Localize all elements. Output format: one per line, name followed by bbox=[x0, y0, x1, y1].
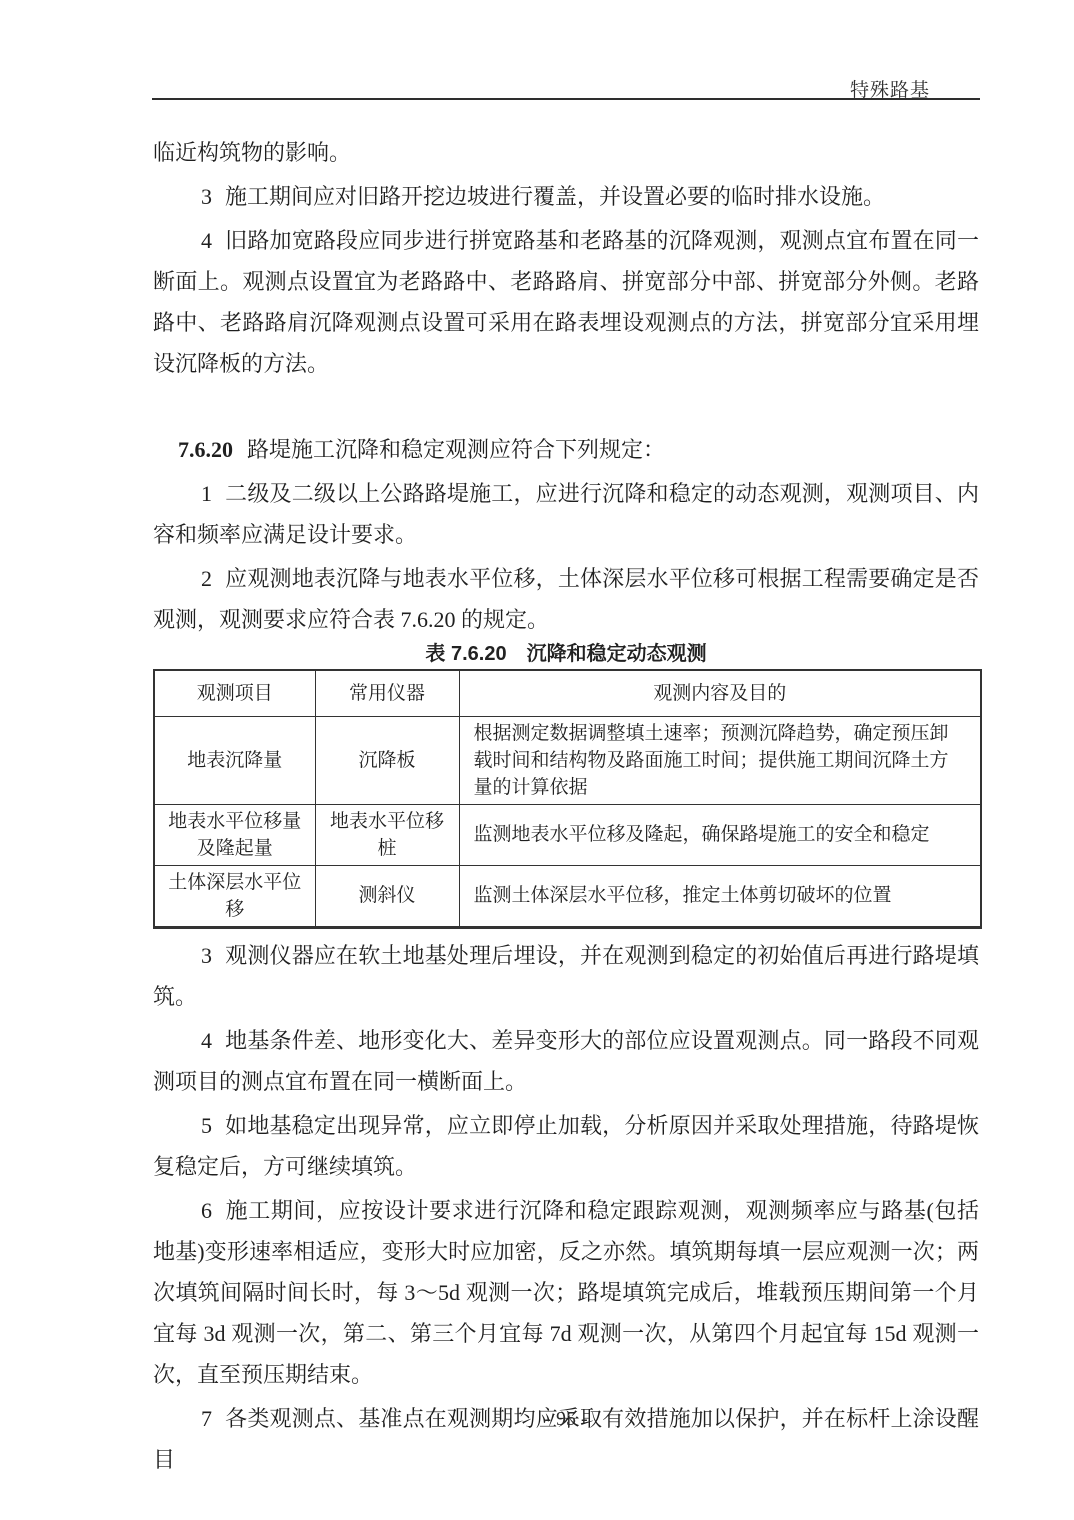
item-number: 3 bbox=[201, 184, 212, 209]
numbered-item: 2应观测地表沉降与地表水平位移，土体深层水平位移可根据工程需要确定是否观测，观测… bbox=[153, 558, 979, 640]
table-cell: 监测地表水平位移及隆起，确保路堤施工的安全和稳定 bbox=[459, 804, 981, 865]
table-header-cell: 观测内容及目的 bbox=[459, 670, 981, 716]
item-text: 如地基稳定出现异常，应立即停止加载，分析原因并采取处理措施，待路堤恢复稳定后，方… bbox=[153, 1113, 979, 1179]
clause-number: 7.6.20 bbox=[178, 437, 233, 462]
document-page: 特殊路基 临近构筑物的影响。3施工期间应对旧路开挖边坡进行覆盖，并设置必要的临时… bbox=[0, 0, 1074, 1520]
numbered-item: 3观测仪器应在软土地基处理后埋设，并在观测到稳定的初始值后再进行路堤填筑。 bbox=[153, 935, 979, 1017]
item-number: 2 bbox=[201, 566, 212, 591]
page-footer: - 95 - bbox=[153, 1408, 979, 1431]
item-text: 施工期间应对旧路开挖边坡进行覆盖，并设置必要的临时排水设施。 bbox=[225, 184, 885, 209]
table-caption: 表 7.6.20 沉降和稳定动态观测 bbox=[153, 641, 979, 667]
page-content: 临近构筑物的影响。3施工期间应对旧路开挖边坡进行覆盖，并设置必要的临时排水设施。… bbox=[153, 132, 979, 1480]
table-cell: 地表水平位移量及隆起量 bbox=[154, 804, 315, 865]
item-number: 3 bbox=[201, 943, 212, 968]
table-row: 土体深层水平位移测斜仪监测土体深层水平位移，推定土体剪切破坏的位置 bbox=[154, 865, 981, 927]
item-text: 观测仪器应在软土地基处理后埋设，并在观测到稳定的初始值后再进行路堤填筑。 bbox=[153, 943, 979, 1009]
items-before-table: 1二级及二级以上公路路堤施工，应进行沉降和稳定的动态观测，观测项目、内容和频率应… bbox=[153, 473, 979, 640]
table-header-cell: 观测项目 bbox=[154, 670, 315, 716]
header-rule bbox=[152, 98, 980, 100]
observation-table-header: 观测项目常用仪器观测内容及目的 bbox=[154, 670, 981, 716]
item-text: 应观测地表沉降与地表水平位移，土体深层水平位移可根据工程需要确定是否观测，观测要… bbox=[153, 566, 979, 632]
clause-title: 路堤施工沉降和稳定观测应符合下列规定： bbox=[247, 437, 665, 462]
item-number: 5 bbox=[201, 1113, 212, 1138]
item-text: 二级及二级以上公路路堤施工，应进行沉降和稳定的动态观测，观测项目、内容和频率应满… bbox=[153, 481, 979, 547]
item-text: 施工期间，应按设计要求进行沉降和稳定跟踪观测，观测频率应与路基(包括地基)变形速… bbox=[153, 1198, 979, 1387]
observation-table-body: 地表沉降量沉降板根据测定数据调整填土速率；预测沉降趋势，确定预压卸载时间和结构物… bbox=[154, 716, 981, 927]
table-row: 地表水平位移量及隆起量地表水平位移桩监测地表水平位移及隆起，确保路堤施工的安全和… bbox=[154, 804, 981, 865]
numbered-item: 1二级及二级以上公路路堤施工，应进行沉降和稳定的动态观测，观测项目、内容和频率应… bbox=[153, 473, 979, 555]
item-number: 6 bbox=[201, 1198, 212, 1223]
item-number: 4 bbox=[201, 1028, 212, 1053]
numbered-item: 4地基条件差、地形变化大、差异变形大的部位应设置观测点。同一路段不同观测项目的测… bbox=[153, 1020, 979, 1102]
table-cell: 测斜仪 bbox=[315, 865, 459, 927]
page-number: - 95 - bbox=[544, 1408, 587, 1430]
clause-heading: 7.6.20路堤施工沉降和稳定观测应符合下列规定： bbox=[153, 429, 979, 470]
item-text: 地基条件差、地形变化大、差异变形大的部位应设置观测点。同一路段不同观测项目的测点… bbox=[153, 1028, 979, 1094]
table-cell: 沉降板 bbox=[315, 716, 459, 804]
items-after-table: 3观测仪器应在软土地基处理后埋设，并在观测到稳定的初始值后再进行路堤填筑。4地基… bbox=[153, 935, 979, 1480]
table-cell: 地表水平位移桩 bbox=[315, 804, 459, 865]
table-row: 地表沉降量沉降板根据测定数据调整填土速率；预测沉降趋势，确定预压卸载时间和结构物… bbox=[154, 716, 981, 804]
numbered-item: 4旧路加宽路段应同步进行拼宽路基和老路基的沉降观测，观测点宜布置在同一断面上。观… bbox=[153, 220, 979, 384]
table-cell: 地表沉降量 bbox=[154, 716, 315, 804]
item-text: 旧路加宽路段应同步进行拼宽路基和老路基的沉降观测，观测点宜布置在同一断面上。观测… bbox=[153, 228, 979, 376]
item-text: 临近构筑物的影响。 bbox=[153, 140, 351, 165]
numbered-item: 6施工期间，应按设计要求进行沉降和稳定跟踪观测，观测频率应与路基(包括地基)变形… bbox=[153, 1190, 979, 1395]
item-number: 4 bbox=[201, 228, 212, 253]
table-cell: 土体深层水平位移 bbox=[154, 865, 315, 927]
table-header-cell: 常用仪器 bbox=[315, 670, 459, 716]
paragraph: 临近构筑物的影响。 bbox=[153, 132, 979, 173]
table-cell: 监测土体深层水平位移，推定土体剪切破坏的位置 bbox=[459, 865, 981, 927]
observation-table: 观测项目常用仪器观测内容及目的 地表沉降量沉降板根据测定数据调整填土速率；预测沉… bbox=[153, 669, 982, 929]
intro-paragraphs: 临近构筑物的影响。3施工期间应对旧路开挖边坡进行覆盖，并设置必要的临时排水设施。… bbox=[153, 132, 979, 384]
numbered-item: 3施工期间应对旧路开挖边坡进行覆盖，并设置必要的临时排水设施。 bbox=[153, 176, 979, 217]
table-cell: 根据测定数据调整填土速率；预测沉降趋势，确定预压卸载时间和结构物及路面施工时间；… bbox=[459, 716, 981, 804]
table-header-row: 观测项目常用仪器观测内容及目的 bbox=[154, 670, 981, 716]
numbered-item: 5如地基稳定出现异常，应立即停止加载，分析原因并采取处理措施，待路堤恢复稳定后，… bbox=[153, 1105, 979, 1187]
item-number: 1 bbox=[201, 481, 212, 506]
